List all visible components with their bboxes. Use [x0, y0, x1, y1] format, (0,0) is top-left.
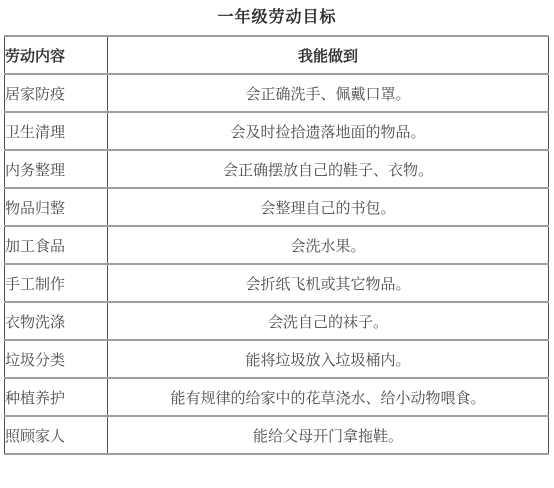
cell-goal: 会正确洗手、佩戴口罩。: [108, 74, 549, 112]
table-row: 手工制作 会折纸飞机或其它物品。: [5, 264, 549, 302]
cell-goal: 会整理自己的书包。: [108, 188, 549, 226]
cell-goal: 会折纸飞机或其它物品。: [108, 264, 549, 302]
cell-labor-content: 手工制作: [5, 264, 108, 302]
page-title: 一年级劳动目标: [0, 0, 554, 27]
cell-labor-content: 居家防疫: [5, 74, 108, 112]
table-row: 加工食品 会洗水果。: [5, 226, 549, 264]
cell-labor-content: 卫生清理: [5, 112, 108, 150]
header-cell-i-can-do: 我能做到: [108, 36, 549, 74]
cell-labor-content: 内务整理: [5, 150, 108, 188]
table-row: 衣物洗涤 会洗自己的袜子。: [5, 302, 549, 340]
table-row: 物品归整 会整理自己的书包。: [5, 188, 549, 226]
table-row: 垃圾分类 能将垃圾放入垃圾桶内。: [5, 340, 549, 378]
cell-labor-content: 物品归整: [5, 188, 108, 226]
cell-goal: 会及时捡拾遗落地面的物品。: [108, 112, 549, 150]
cell-labor-content: 衣物洗涤: [5, 302, 108, 340]
cell-labor-content: 加工食品: [5, 226, 108, 264]
table-row: 卫生清理 会及时捡拾遗落地面的物品。: [5, 112, 549, 150]
cell-labor-content: 垃圾分类: [5, 340, 108, 378]
table-row: 照顾家人 能给父母开门拿拖鞋。: [5, 416, 549, 454]
cell-goal: 会正确摆放自己的鞋子、衣物。: [108, 150, 549, 188]
table-row: 种植养护 能有规律的给家中的花草浇水、给小动物喂食。: [5, 378, 549, 416]
cell-goal: 能有规律的给家中的花草浇水、给小动物喂食。: [108, 378, 549, 416]
table-row: 内务整理 会正确摆放自己的鞋子、衣物。: [5, 150, 549, 188]
cell-goal: 能给父母开门拿拖鞋。: [108, 416, 549, 454]
cell-goal: 会洗自己的袜子。: [108, 302, 549, 340]
header-cell-labor-content: 劳动内容: [5, 36, 108, 74]
cell-labor-content: 照顾家人: [5, 416, 108, 454]
table-header-row: 劳动内容 我能做到: [5, 36, 549, 74]
labor-goals-table: 劳动内容 我能做到 居家防疫 会正确洗手、佩戴口罩。 卫生清理 会及时捡拾遗落地…: [4, 35, 549, 455]
cell-goal: 能将垃圾放入垃圾桶内。: [108, 340, 549, 378]
table-row: 居家防疫 会正确洗手、佩戴口罩。: [5, 74, 549, 112]
cell-goal: 会洗水果。: [108, 226, 549, 264]
cell-labor-content: 种植养护: [5, 378, 108, 416]
